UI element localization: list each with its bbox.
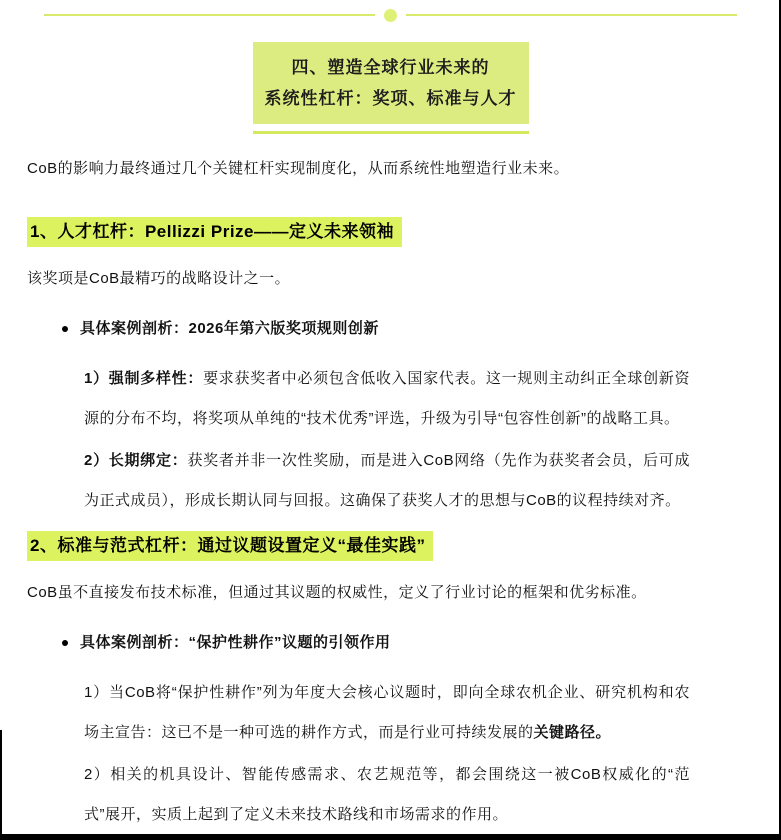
case-bullet-awards: 具体案例剖析：2026年第六版奖项规则创新 xyxy=(62,309,755,349)
title-underline xyxy=(253,131,529,134)
point-agenda: 1）当CoB将“保护性耕作”列为年度大会核心议题时，即向全球农机企业、研究机构和… xyxy=(84,673,690,753)
heading-standards-lever-text: 2、标准与范式杠杆：通过议题设置定义“最佳实践” xyxy=(27,531,433,561)
bullet-icon xyxy=(62,326,68,332)
case-bullet-awards-text: 具体案例剖析：2026年第六版奖项规则创新 xyxy=(80,309,379,349)
bullet-icon xyxy=(62,640,68,646)
divider-line-left xyxy=(44,14,375,16)
heading-talent-lever-text: 1、人才杠杆：Pellizzi Prize——定义未来领袖 xyxy=(27,217,402,247)
point-agenda-tail: 关键路径。 xyxy=(534,724,612,741)
article-content: CoB的影响力最终通过几个关键杠杆实现制度化，从而系统性地塑造行业未来。 1、人… xyxy=(0,149,781,835)
point-paradigm-text: 2）相关的机具设计、智能传感需求、农艺规范等，都会围绕这一被CoB权威化的“范式… xyxy=(84,766,690,823)
section-title-line-2: 系统性杠杆：奖项、标准与人才 xyxy=(261,83,521,114)
top-divider xyxy=(0,0,781,22)
heading-standards-lever: 2、标准与范式杠杆：通过议题设置定义“最佳实践” xyxy=(27,531,755,561)
divider-line-right xyxy=(406,14,737,16)
case-bullet-tillage-text: 具体案例剖析：“保护性耕作”议题的引领作用 xyxy=(80,623,391,663)
section-title-line-1: 四、塑造全球行业未来的 xyxy=(261,52,521,83)
standards-lead-paragraph: CoB虽不直接发布技术标准，但通过其议题的权威性，定义了行业讨论的框架和优劣标准… xyxy=(27,573,755,613)
article-page: 四、塑造全球行业未来的 系统性杠杆：奖项、标准与人才 CoB的影响力最终通过几个… xyxy=(0,0,781,840)
intro-paragraph: CoB的影响力最终通过几个关键杠杆实现制度化，从而系统性地塑造行业未来。 xyxy=(27,149,755,189)
section-title-box: 四、塑造全球行业未来的 系统性杠杆：奖项、标准与人才 xyxy=(253,42,529,124)
talent-lead-paragraph: 该奖项是CoB最精巧的战略设计之一。 xyxy=(27,259,755,299)
point-paradigm: 2）相关的机具设计、智能传感需求、农艺规范等，都会围绕这一被CoB权威化的“范式… xyxy=(84,755,690,835)
point-binding: 2）长期绑定：获奖者并非一次性奖励，而是进入CoB网络（先作为获奖者会员，后可成… xyxy=(84,441,690,521)
point-diversity: 1）强制多样性：要求获奖者中必须包含低收入国家代表。这一规则主动纠正全球创新资源… xyxy=(84,359,690,439)
heading-talent-lever: 1、人才杠杆：Pellizzi Prize——定义未来领袖 xyxy=(27,217,755,247)
screenshot-left-edge xyxy=(0,730,2,840)
divider-dot-icon xyxy=(384,9,397,22)
screenshot-bottom-edge xyxy=(0,834,781,840)
point-diversity-lead: 1）强制多样性： xyxy=(84,370,203,387)
case-bullet-tillage: 具体案例剖析：“保护性耕作”议题的引领作用 xyxy=(62,623,755,663)
point-binding-lead: 2）长期绑定： xyxy=(84,452,187,469)
